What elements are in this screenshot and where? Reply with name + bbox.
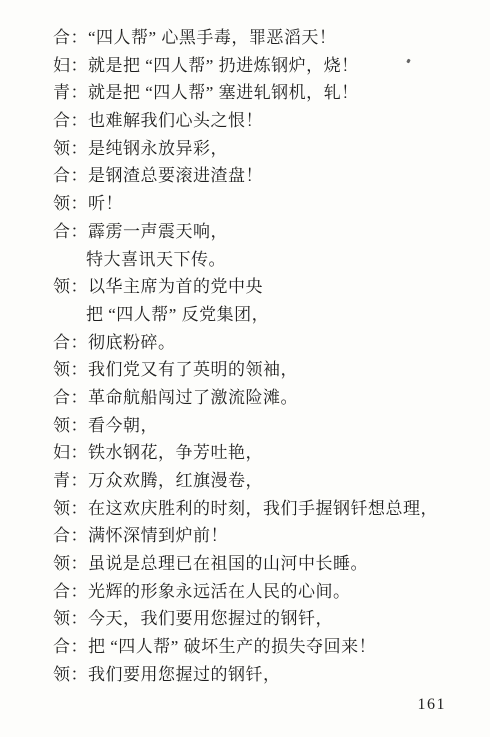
script-line: 合：彻底粉碎。 bbox=[53, 329, 478, 357]
speaker-label: 合： bbox=[53, 522, 88, 550]
script-line: 领：是纯钢永放异彩， bbox=[53, 135, 478, 163]
speaker-label: 领： bbox=[53, 412, 88, 440]
speaker-label: 合： bbox=[53, 578, 88, 606]
dialogue-text: 万众欢腾，红旗漫卷， bbox=[88, 467, 478, 495]
script-text: 合：“四人帮” 心黑手毒，罪恶滔天！妇：就是把 “四人帮” 扔进炼钢炉，烧！青：… bbox=[53, 24, 478, 689]
page-number: 161 bbox=[418, 696, 447, 714]
speaker-label: 青： bbox=[53, 467, 88, 495]
script-line: 领：我们党又有了英明的领袖， bbox=[53, 356, 478, 384]
dialogue-text: 是纯钢永放异彩， bbox=[88, 135, 478, 163]
dialogue-text: 也难解我们心头之恨！ bbox=[88, 107, 478, 135]
dialogue-text: 我们党又有了英明的领袖， bbox=[88, 356, 478, 384]
script-line: 领：我们要用您握过的钢钎， bbox=[53, 661, 478, 689]
script-line: 合：把 “四人帮” 破坏生产的损失夺回来！ bbox=[53, 633, 478, 661]
script-line: 合：光辉的形象永远活在人民的心间。 bbox=[53, 578, 478, 606]
dialogue-text: 铁水钢花，争芳吐艳， bbox=[88, 439, 478, 467]
dialogue-text: 虽说是总理已在祖国的山河中长睡。 bbox=[88, 550, 478, 578]
dialogue-text: 今天，我们要用您握过的钢钎， bbox=[88, 605, 478, 633]
script-line: 合：革命航船闯过了激流险滩。 bbox=[53, 384, 478, 412]
script-line: 合：是钢渣总要滚进渣盘！ bbox=[53, 162, 478, 190]
speaker-label: 合： bbox=[53, 329, 88, 357]
speaker-label: 领： bbox=[53, 661, 88, 689]
script-line: 领：以华主席为首的党中央 bbox=[53, 273, 478, 301]
speaker-label: 领： bbox=[53, 190, 88, 218]
speaker-label: 合： bbox=[53, 633, 88, 661]
speaker-label: 合： bbox=[53, 218, 88, 246]
script-line: 合：也难解我们心头之恨！ bbox=[53, 107, 478, 135]
speaker-label: 合： bbox=[53, 107, 88, 135]
speaker-label: 领： bbox=[53, 495, 88, 523]
dialogue-text: 把 “四人帮” 反党集团， bbox=[86, 301, 478, 329]
script-line: 合：霹雳一声震天响， bbox=[53, 218, 478, 246]
dialogue-text: “四人帮” 心黑手毒，罪恶滔天！ bbox=[88, 24, 478, 52]
dialogue-text: 就是把 “四人帮” 塞进轧钢机，轧！ bbox=[88, 79, 478, 107]
dialogue-text: 以华主席为首的党中央 bbox=[88, 273, 478, 301]
dialogue-text: 是钢渣总要滚进渣盘！ bbox=[88, 162, 478, 190]
dialogue-text: 霹雳一声震天响， bbox=[88, 218, 478, 246]
speaker-label: 合： bbox=[53, 162, 88, 190]
script-line: 领：虽说是总理已在祖国的山河中长睡。 bbox=[53, 550, 478, 578]
speaker-label: 领： bbox=[53, 356, 88, 384]
dialogue-text: 彻底粉碎。 bbox=[88, 329, 478, 357]
dialogue-text: 听！ bbox=[88, 190, 478, 218]
speaker-label: 领： bbox=[53, 135, 88, 163]
speaker-label: 合： bbox=[53, 24, 88, 52]
dialogue-text: 特大喜讯天下传。 bbox=[86, 246, 478, 274]
script-line: 妇：就是把 “四人帮” 扔进炼钢炉，烧！ bbox=[53, 52, 478, 80]
dialogue-text: 把 “四人帮” 破坏生产的损失夺回来！ bbox=[88, 633, 478, 661]
script-line: 合：“四人帮” 心黑手毒，罪恶滔天！ bbox=[53, 24, 478, 52]
script-line: 领：在这欢庆胜利的时刻，我们手握钢钎想总理， bbox=[53, 495, 478, 523]
speaker-label: 青： bbox=[53, 79, 88, 107]
dialogue-text: 满怀深情到炉前！ bbox=[88, 522, 478, 550]
script-line: 领：听！ bbox=[53, 190, 478, 218]
dialogue-text: 革命航船闯过了激流险滩。 bbox=[88, 384, 478, 412]
script-line: 妇：铁水钢花，争芳吐艳， bbox=[53, 439, 478, 467]
dialogue-text: 光辉的形象永远活在人民的心间。 bbox=[88, 578, 478, 606]
dialogue-text: 在这欢庆胜利的时刻，我们手握钢钎想总理， bbox=[88, 495, 478, 523]
speaker-label: 合： bbox=[53, 384, 88, 412]
speaker-label: 领： bbox=[53, 550, 88, 578]
speaker-label bbox=[53, 301, 86, 329]
script-line: 领：今天，我们要用您握过的钢钎， bbox=[53, 605, 478, 633]
speaker-label bbox=[53, 246, 86, 274]
script-line: 青：万众欢腾，红旗漫卷， bbox=[53, 467, 478, 495]
script-line: 领：看今朝， bbox=[53, 412, 478, 440]
book-page: 合：“四人帮” 心黑手毒，罪恶滔天！妇：就是把 “四人帮” 扔进炼钢炉，烧！青：… bbox=[0, 0, 490, 737]
speaker-label: 妇： bbox=[53, 52, 88, 80]
dialogue-text: 就是把 “四人帮” 扔进炼钢炉，烧！ bbox=[88, 52, 478, 80]
dialogue-text: 看今朝， bbox=[88, 412, 478, 440]
speaker-label: 妇： bbox=[53, 439, 88, 467]
script-line: 合：满怀深情到炉前！ bbox=[53, 522, 478, 550]
script-line: 特大喜讯天下传。 bbox=[53, 246, 478, 274]
script-line: 把 “四人帮” 反党集团， bbox=[53, 301, 478, 329]
script-line: 青：就是把 “四人帮” 塞进轧钢机，轧！ bbox=[53, 79, 478, 107]
speaker-label: 领： bbox=[53, 273, 88, 301]
speaker-label: 领： bbox=[53, 605, 88, 633]
dialogue-text: 我们要用您握过的钢钎， bbox=[88, 661, 478, 689]
